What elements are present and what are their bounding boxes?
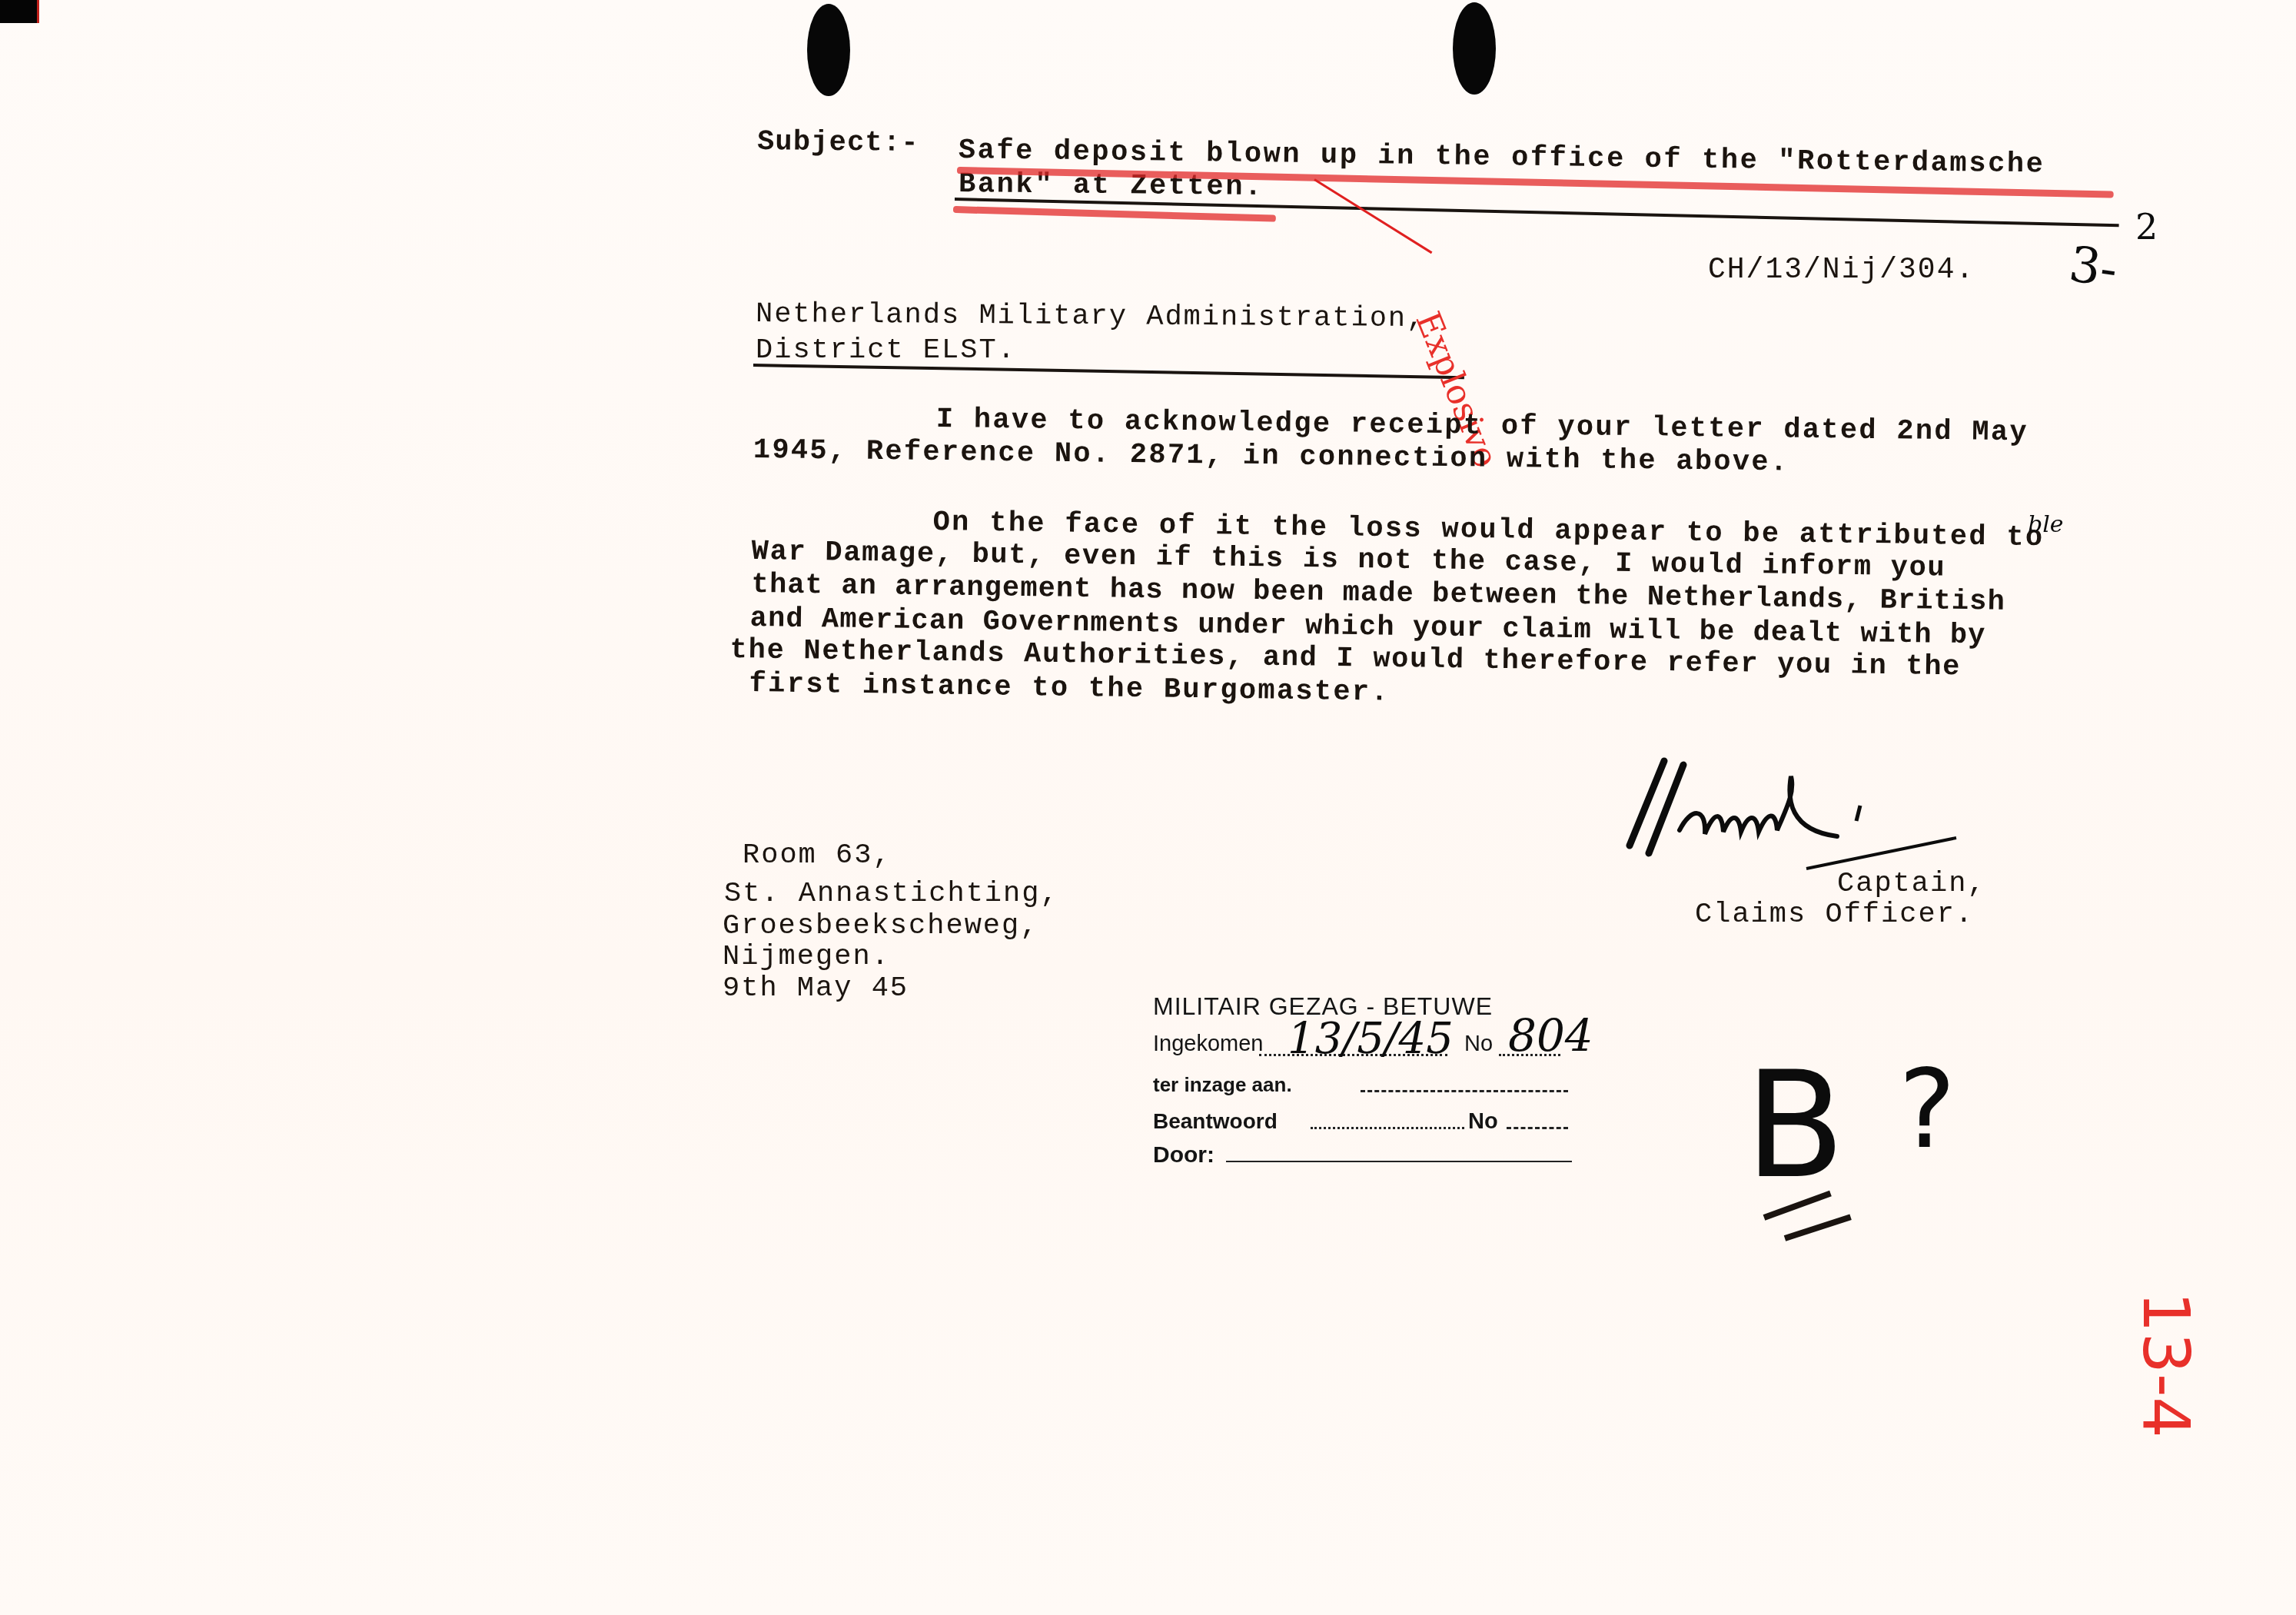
punch-hole-left (807, 4, 850, 96)
handwritten-correction: ble (2028, 513, 2064, 537)
address-line-2: St. Annastichting, (724, 880, 1059, 909)
stamp-received-label: Ingekomen (1153, 1033, 1264, 1055)
signatory-role: Claims Officer. (1695, 901, 1974, 929)
address-line-4: Nijmegen. (723, 943, 890, 972)
red-pencil-stroke (1314, 178, 1432, 254)
red-underline-subject-2 (953, 206, 1276, 222)
addressee-underline (753, 364, 1464, 379)
handwritten-question-mark: ? (1899, 1057, 1955, 1165)
signatory-rank: Captain, (1837, 870, 1986, 899)
stamp-received-date: 13/5/45 (1288, 1018, 1454, 1061)
subject-label: Subject:- (757, 128, 919, 158)
stamp-inspection-label: ter inzage aan. (1153, 1075, 1292, 1095)
scan-corner-artifact (0, 0, 39, 23)
address-line-3: Groesbeekscheweg, (723, 912, 1038, 941)
double-underline-2 (1784, 1214, 1852, 1241)
addressee-line-2: District ELST. (756, 337, 1016, 365)
address-line-1: Room 63, (743, 842, 892, 870)
stamp-by-label: Door: (1153, 1144, 1214, 1167)
handwritten-page-number: 3- (2066, 240, 2121, 295)
paragraph-2-line-6: first instance to the Burgomaster. (749, 670, 1390, 708)
reference-number: CH/13/Nij/304. (1708, 256, 1975, 285)
stamp-answered-label: Beantwoord (1153, 1111, 1278, 1132)
handwritten-letter-b: B (1745, 1053, 1845, 1199)
handwritten-page-number-superscript: 2 (2135, 209, 2158, 244)
stamp-number-label: No (1464, 1033, 1493, 1055)
document-page: Subject:- Safe deposit blown up in the o… (0, 0, 2296, 1615)
red-page-number: 13-4 (2134, 1291, 2198, 1438)
stamp-answered-number-label: No (1468, 1111, 1498, 1133)
addressee-line-1: Netherlands Military Administration, (756, 301, 1426, 334)
stamp-number-value: 804 (1508, 1013, 1593, 1058)
punch-hole-right (1453, 2, 1496, 95)
letter-date: 9th May 45 (723, 975, 909, 1003)
